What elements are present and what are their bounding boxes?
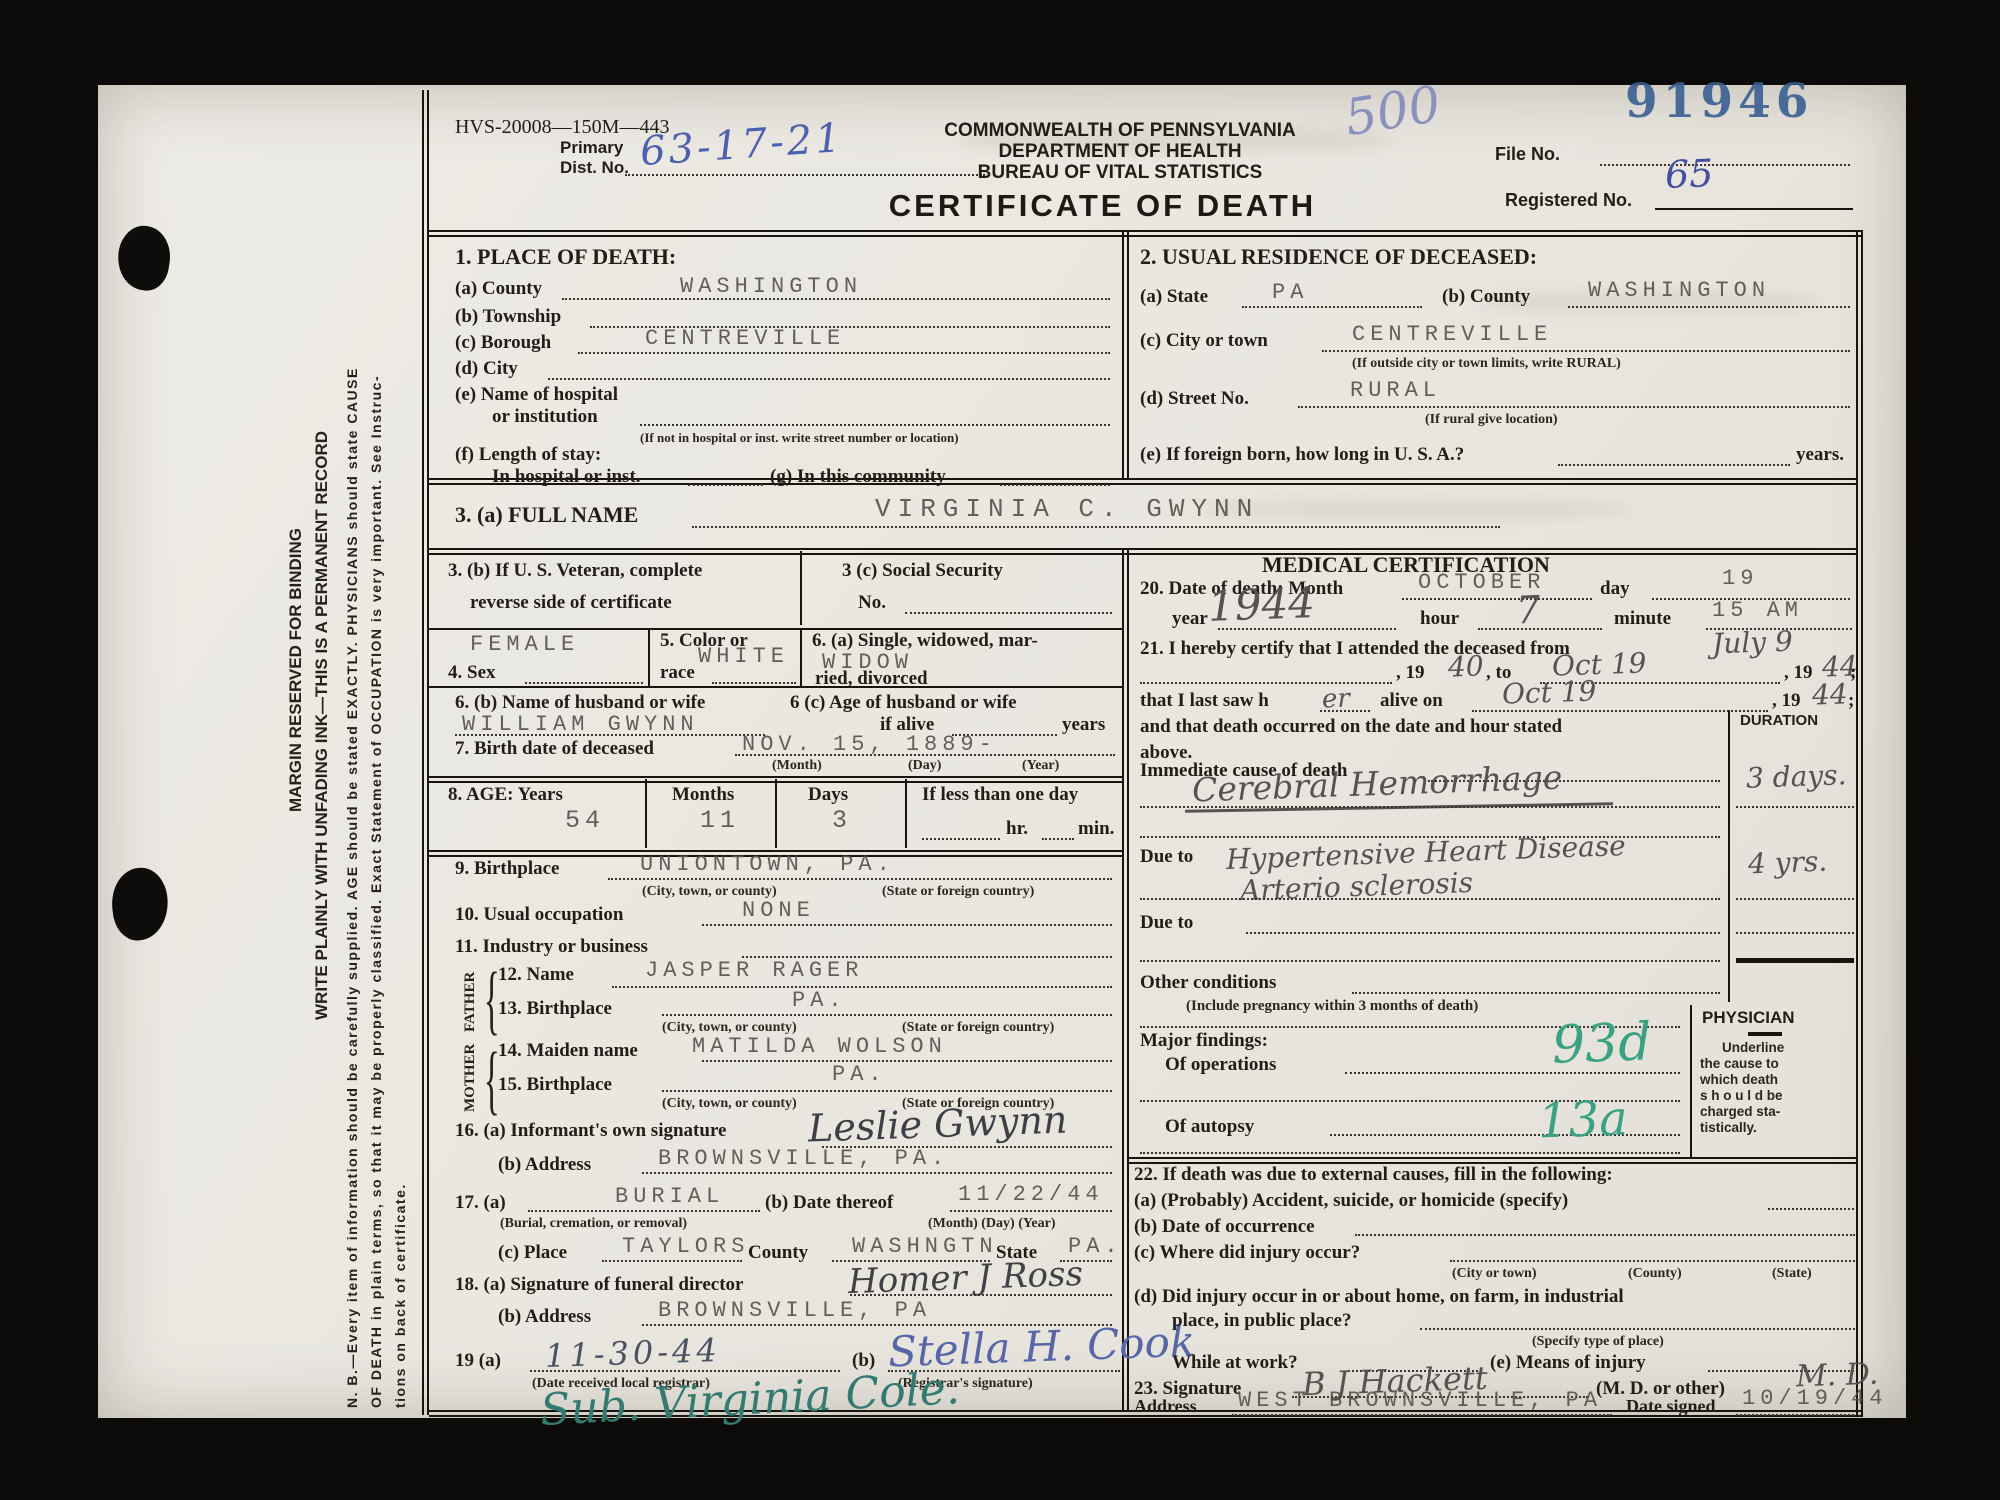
s22-c-cap-3: (State): [1772, 1266, 1812, 1282]
s8-months-value: 11: [700, 806, 740, 835]
s21-semi-1: ;: [1850, 662, 1856, 684]
s22-work-label: While at work?: [1172, 1352, 1298, 1374]
s21-saw-date: Oct 19: [1501, 674, 1597, 710]
s13-label: 13. Birthplace: [498, 998, 612, 1020]
primary-dist-label-1: Primary: [560, 138, 623, 158]
s2-street-label: (d) Street No.: [1140, 388, 1249, 410]
s3c-label-1: 3 (c) Social Security: [842, 560, 1003, 582]
s1-hospital-label-1: (e) Name of hospital: [455, 384, 618, 406]
s4-value: FEMALE: [470, 632, 579, 657]
s17-cap-b: (Month) (Day) (Year): [928, 1216, 1056, 1232]
s1-title: 1. PLACE OF DEATH:: [455, 244, 676, 270]
s20-hour-label: hour: [1420, 608, 1459, 630]
major-findings-label: Major findings:: [1140, 1030, 1268, 1052]
s16-address-label: (b) Address: [498, 1154, 591, 1176]
s2-city-caption: (If outside city or town limits, write R…: [1352, 356, 1621, 372]
s2-state-label: (a) State: [1140, 286, 1208, 308]
s21-saw-year: 44: [1811, 677, 1848, 711]
s12-value: JASPER RAGER: [645, 958, 863, 983]
file-number-stamp: 91946: [1625, 74, 1814, 129]
s6c-years-label: years: [1062, 714, 1105, 736]
physician-line-3: which death: [1700, 1072, 1778, 1087]
s2-street-caption: (If rural give location): [1425, 412, 1558, 428]
s7-cap-year: (Year): [1022, 758, 1059, 774]
s3c-label-2: No.: [858, 592, 886, 614]
s17-b-label: (b) Date thereof: [765, 1192, 893, 1214]
s2-city-value: CENTREVILLE: [1352, 322, 1552, 347]
due-to-1-duration: 4 yrs.: [1747, 845, 1827, 881]
due-to-2-label: Due to: [1140, 912, 1193, 934]
s2-county-value: WASHINGTON: [1588, 278, 1770, 303]
s11-label: 11. Industry or business: [455, 936, 648, 958]
s22-d-label-1: (d) Did injury occur in or about home, o…: [1134, 1286, 1624, 1308]
s18-signature-label: 18. (a) Signature of funeral director: [455, 1274, 743, 1296]
certificate-title: CERTIFICATE OF DEATH: [880, 188, 1325, 224]
due-to-1-label: Due to: [1140, 846, 1193, 868]
duration-header: DURATION: [1740, 712, 1818, 729]
s20-day-value: 19: [1722, 566, 1758, 591]
s1-borough-value: CENTREVILLE: [645, 326, 845, 351]
s8-months-label: Months: [672, 784, 734, 806]
margin-note-nb-2: OF DEATH in plain terms, so that it may …: [368, 375, 384, 1408]
s1-borough-label: (c) Borough: [455, 332, 551, 354]
s9-value: UNIONTOWN, PA.: [640, 852, 895, 877]
physician-line-2: the cause to: [1700, 1056, 1779, 1071]
s20-day-label: day: [1600, 578, 1630, 600]
margin-note-write-plainly: WRITE PLAINLY WITH UNFADING INK—THIS IS …: [312, 431, 332, 1020]
s19-a-label: 19 (a): [455, 1350, 501, 1372]
s21-19b: , 19: [1784, 662, 1813, 684]
mother-label: MOTHER: [462, 1044, 479, 1112]
s1-township-label: (b) Township: [455, 306, 561, 328]
s17-county-label: County: [748, 1242, 808, 1264]
s7-label: 7. Birth date of deceased: [455, 738, 654, 760]
s1-stay-label: (f) Length of stay:: [455, 444, 601, 466]
s16-signature-label: 16. (a) Informant's own signature: [455, 1120, 726, 1142]
registered-no-value: 65: [1664, 151, 1714, 197]
s1-stay-sub-label: In hospital or inst.: [492, 466, 641, 488]
s12-label: 12. Name: [498, 964, 574, 986]
other-conditions-caption: (Include pregnancy within 3 months of de…: [1186, 998, 1478, 1015]
registered-no-label: Registered No.: [1505, 190, 1632, 211]
margin-note-binding: MARGIN RESERVED FOR BINDING: [286, 528, 306, 812]
s8-days-label: Days: [808, 784, 848, 806]
s17-b-value: 11/22/44: [958, 1182, 1104, 1207]
commonwealth-line-1: COMMONWEALTH OF PENNSYLVANIA: [905, 120, 1335, 141]
s6b-label: 6. (b) Name of husband or wife: [455, 692, 705, 714]
s2-state-value: PA: [1272, 280, 1308, 305]
physician-line-4: s h o u l d be: [1700, 1088, 1783, 1103]
margin-note-nb-3: tions on back of certificate.: [392, 1183, 408, 1408]
s1-county-label: (a) County: [455, 278, 542, 300]
physician-line-5: charged sta-: [1700, 1104, 1780, 1119]
s2-county-label: (b) County: [1442, 286, 1530, 308]
s4-label: 4. Sex: [448, 662, 496, 684]
s21-line-3a: that I last saw h: [1140, 690, 1269, 712]
s10-label: 10. Usual occupation: [455, 904, 623, 926]
s2-street-value: RURAL: [1350, 378, 1441, 403]
s20-year-label: year: [1172, 608, 1208, 630]
s21-line-1: 21. I hereby certify that I attended the…: [1140, 638, 1570, 660]
s8-years-value: 54: [565, 806, 605, 835]
s15-cap-1: (City, town, or county): [662, 1096, 797, 1112]
s9-cap-2: (State or foreign country): [882, 884, 1034, 900]
death-certificate-scan: MARGIN RESERVED FOR BINDING WRITE PLAINL…: [0, 0, 2000, 1500]
s2-foreign-label: (e) If foreign born, how long in U. S. A…: [1140, 444, 1464, 466]
s8-min-label: min.: [1078, 818, 1114, 840]
s1-hospital-caption: (If not in hospital or inst. write stree…: [640, 430, 959, 446]
s22-title: 22. If death was due to external causes,…: [1134, 1164, 1613, 1186]
s8-days-value: 3: [832, 806, 852, 835]
s10-value: NONE: [742, 898, 815, 923]
s21-line-4: and that death occurred on the date and …: [1140, 716, 1562, 738]
s21-semi-2: ;: [1848, 690, 1854, 712]
s21-from-date: July 9: [1711, 625, 1793, 661]
s23-date-signed-value: 10/19/44: [1742, 1386, 1888, 1411]
s20-year-value: 1944: [1207, 578, 1316, 631]
s7-cap-month: (Month): [772, 758, 822, 774]
s22-d-label-2: place, in public place?: [1172, 1310, 1351, 1332]
s22-d-caption: (Specify type of place): [1532, 1334, 1664, 1350]
s23-address-value: WEST BROWNSVILLE, PA: [1238, 1388, 1602, 1413]
s17-place-value: TAYLORS: [622, 1234, 749, 1259]
s8-hr-label: hr.: [1006, 818, 1028, 840]
s2-city-label: (c) City or town: [1140, 330, 1268, 352]
s21-line-3b: alive on: [1380, 690, 1443, 712]
s1-city-label: (d) City: [455, 358, 518, 380]
s16-signature-value: Leslie Gwynn: [807, 1097, 1068, 1150]
s17-a-value: BURIAL: [615, 1184, 724, 1209]
s2-title: 2. USUAL RESIDENCE OF DECEASED:: [1140, 244, 1537, 270]
s6c-label: 6 (c) Age of husband or wife: [790, 692, 1017, 714]
s20-minute-value: 15 AM: [1712, 598, 1803, 623]
other-conditions-label: Other conditions: [1140, 972, 1276, 994]
s15-label: 15. Birthplace: [498, 1074, 612, 1096]
s18-address-label: (b) Address: [498, 1306, 591, 1328]
form-number: HVS-20008—150M—443: [455, 116, 669, 139]
s21-from-year: 40: [1447, 649, 1484, 683]
s2-foreign-suffix: years.: [1796, 444, 1844, 466]
of-operations-value: 93d: [1551, 1012, 1653, 1075]
s17-county-value: WASHNGTN: [852, 1234, 998, 1259]
s13-value: PA.: [792, 988, 847, 1013]
s22-b-label: (b) Date of occurrence: [1134, 1216, 1315, 1238]
s16-address-value: BROWNSVILLE, PA.: [658, 1146, 949, 1171]
physician-line-6: tistically.: [1700, 1120, 1757, 1135]
margin-note-nb-1: N. B.—Every item of information should b…: [344, 367, 360, 1408]
commonwealth-line-3: BUREAU OF VITAL STATISTICS: [905, 162, 1335, 183]
s14-label: 14. Maiden name: [498, 1040, 638, 1062]
s7-cap-day: (Day): [908, 758, 941, 774]
s3b-label-1: 3. (b) If U. S. Veteran, complete: [448, 560, 702, 582]
s23-date-signed-label: Date signed: [1626, 1396, 1716, 1417]
s17-a-label: 17. (a): [455, 1192, 506, 1214]
s1-community-label: (g) In this community: [770, 466, 946, 488]
s5-value: WHITE: [698, 644, 789, 669]
s22-e-label: (e) Means of injury: [1490, 1352, 1646, 1374]
of-operations-label: Of operations: [1165, 1054, 1276, 1076]
s14-value: MATILDA WOLSON: [692, 1034, 947, 1059]
father-label: FATHER: [462, 972, 479, 1032]
of-autopsy-label: Of autopsy: [1165, 1116, 1254, 1138]
s5-label-2: race: [660, 662, 695, 684]
s15-value: PA.: [832, 1062, 887, 1087]
s3a-value: VIRGINIA C. GWYNN: [875, 494, 1259, 524]
s9-label: 9. Birthplace: [455, 858, 560, 880]
s1-hospital-label-2: or institution: [492, 406, 598, 428]
s6a-label-1: 6. (a) Single, widowed, mar-: [812, 630, 1038, 652]
s17-cap-a: (Burial, cremation, or removal): [500, 1216, 687, 1232]
s22-c-label: (c) Where did injury occur?: [1134, 1242, 1360, 1264]
file-no-label: File No.: [1495, 144, 1560, 165]
s22-c-cap-1: (City or town): [1452, 1266, 1537, 1282]
bleedthrough-smudge: [1200, 500, 1630, 518]
commonwealth-line-2: DEPARTMENT OF HEALTH: [905, 141, 1335, 162]
s22-a-label: (a) (Probably) Accident, suicide, or hom…: [1134, 1190, 1568, 1212]
immediate-cause-duration: 3 days.: [1745, 758, 1847, 794]
primary-dist-label-2: Dist. No.: [560, 158, 629, 178]
physician-line-1: Underline: [1722, 1040, 1784, 1055]
s3b-label-2: reverse side of certificate: [470, 592, 672, 614]
s20-minute-label: minute: [1614, 608, 1671, 630]
s18-address-value: BROWNSVILLE, PA: [658, 1298, 931, 1323]
s8-less-label: If less than one day: [922, 784, 1078, 806]
s21-19c: , 19: [1772, 690, 1801, 712]
s3a-label: 3. (a) FULL NAME: [455, 502, 638, 528]
s23-address-label: Address: [1134, 1396, 1197, 1417]
commonwealth-header: COMMONWEALTH OF PENNSYLVANIA DEPARTMENT …: [905, 120, 1335, 183]
s17-place-label: (c) Place: [498, 1242, 567, 1264]
s22-c-cap-2: (County): [1628, 1266, 1682, 1282]
of-autopsy-value: 13a: [1537, 1090, 1629, 1149]
physician-title: PHYSICIAN: [1702, 1008, 1795, 1028]
s8-label: 8. AGE: Years: [448, 784, 563, 806]
s21-19a: , 19: [1396, 662, 1425, 684]
